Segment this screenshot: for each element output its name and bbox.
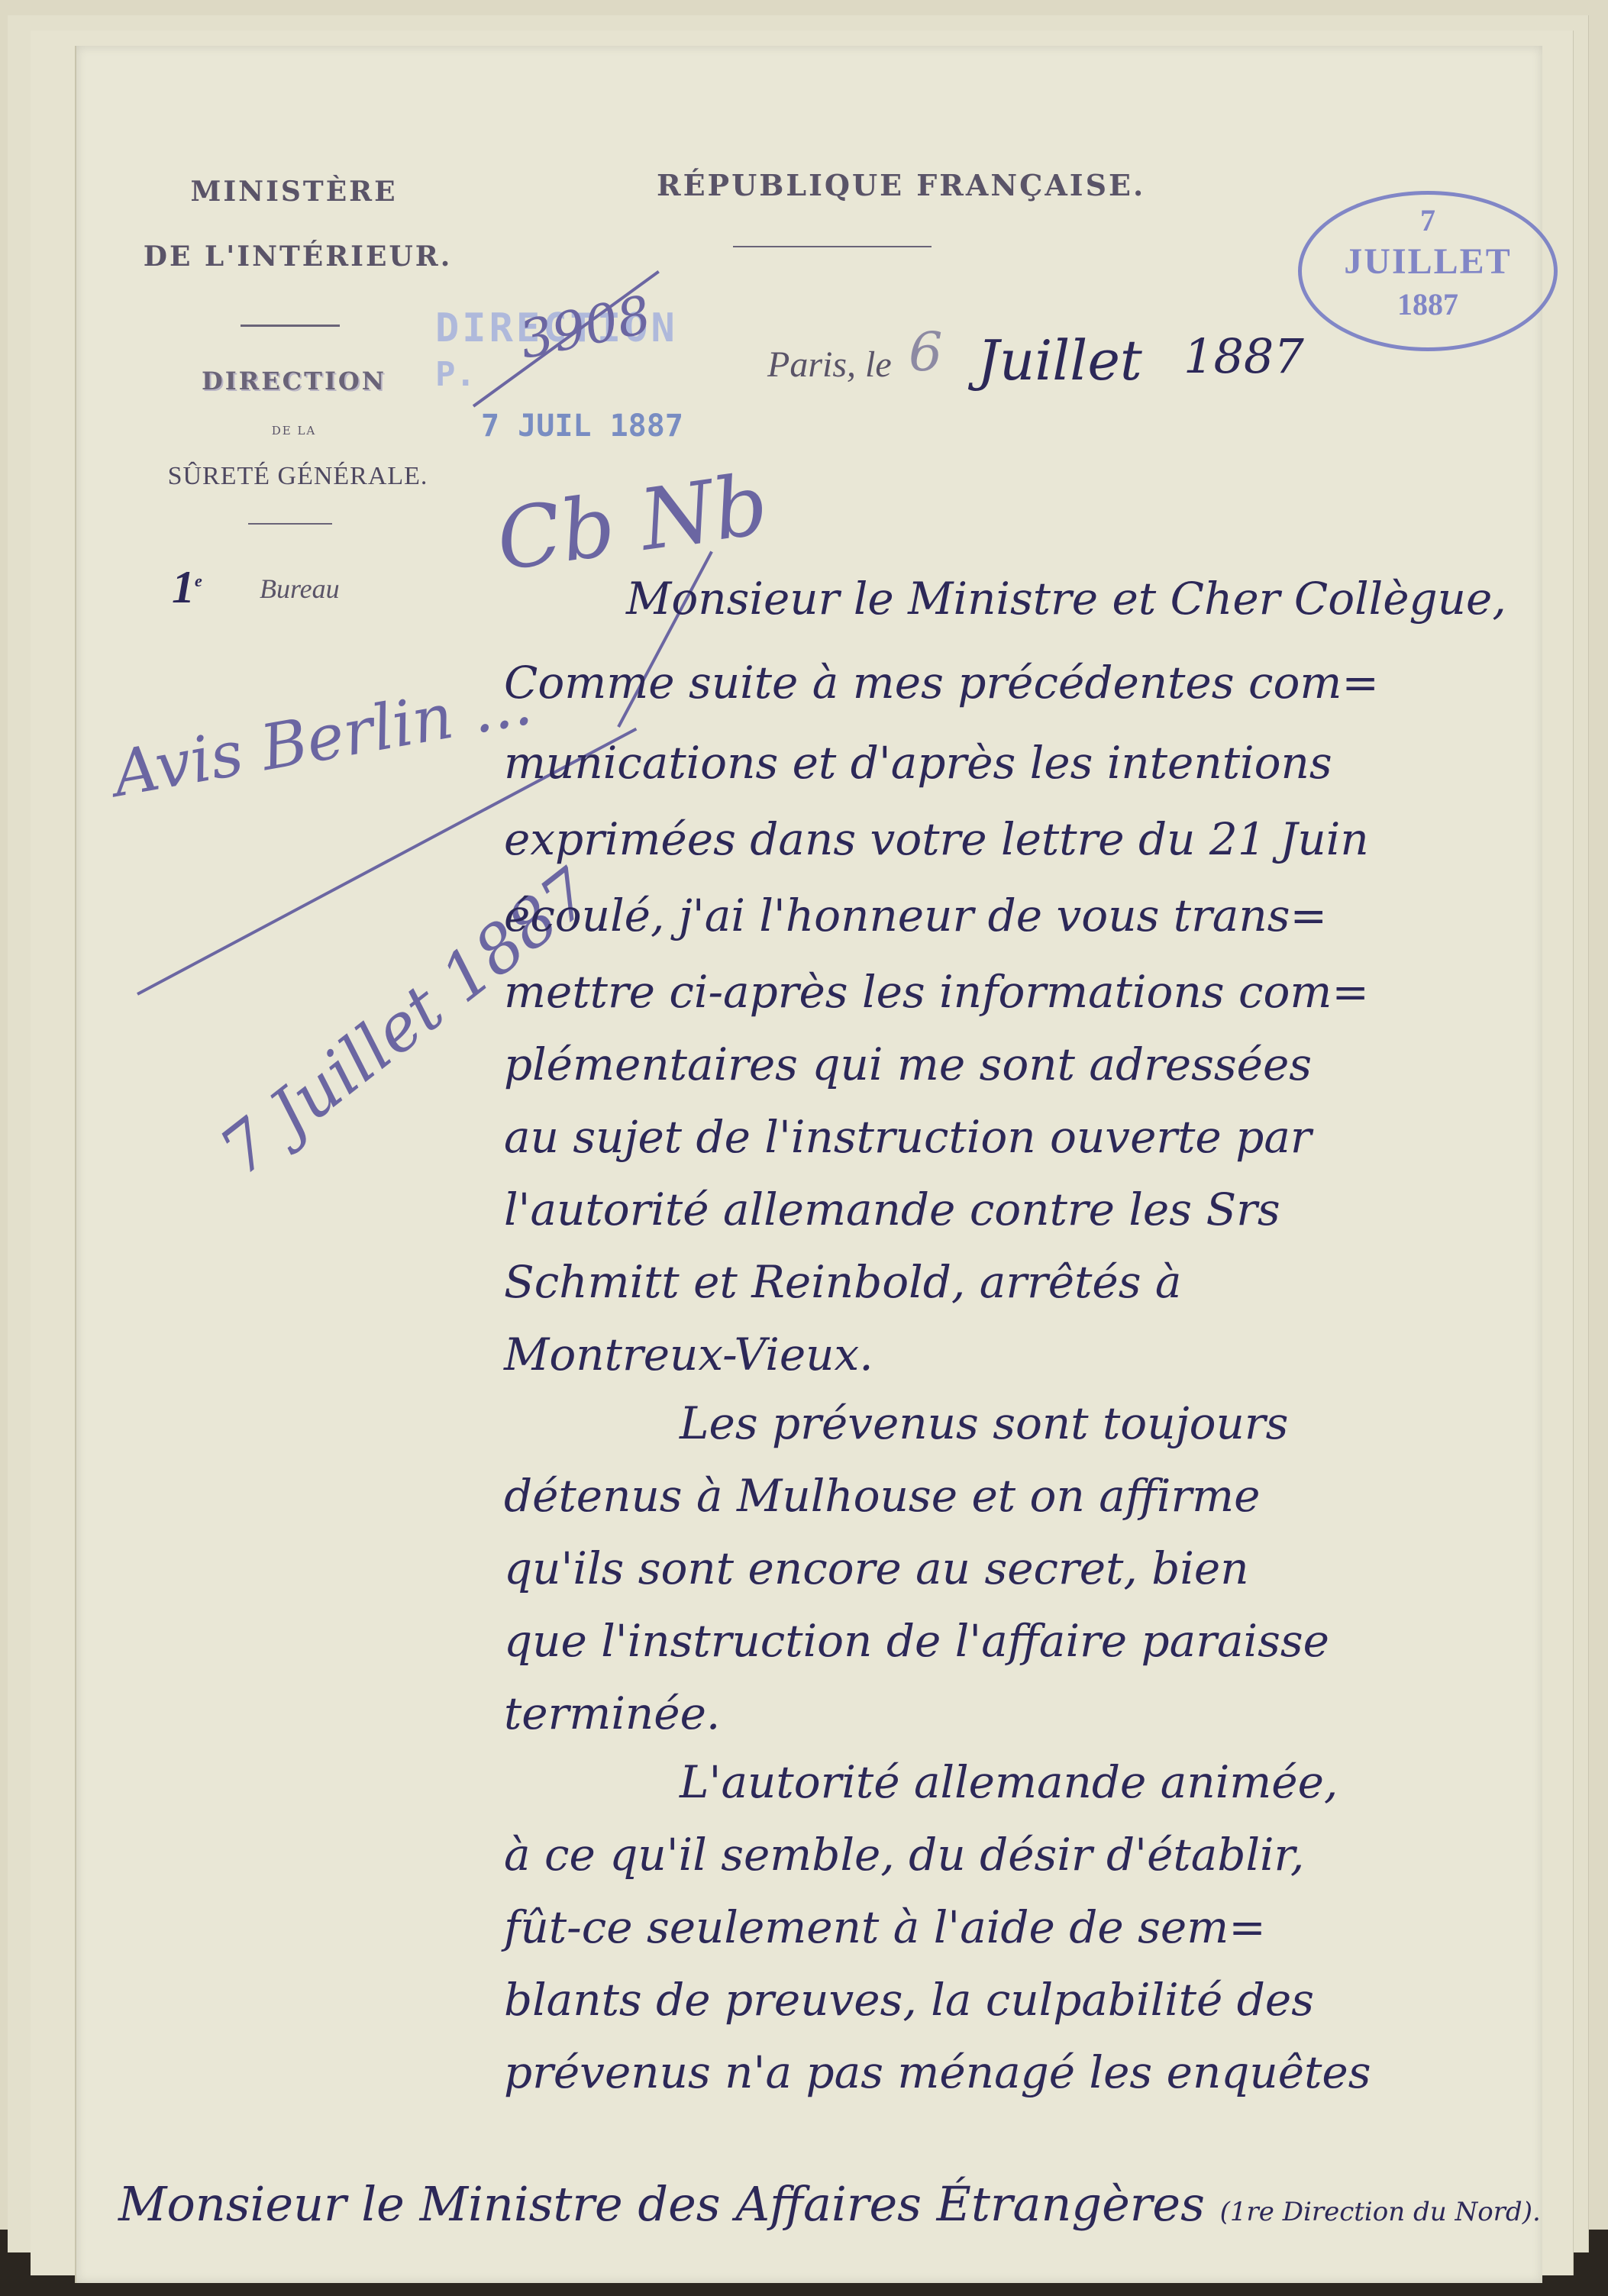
body-line: fût-ce seulement à l'aide de sem= — [504, 1901, 1266, 1953]
date-year: 1887 — [1183, 328, 1304, 384]
place-prefix: Paris, le — [767, 344, 892, 386]
paragraph-start: Les prévenus sont toujours — [680, 1397, 1288, 1449]
body-line: exprimées dans votre lettre du 21 Juin — [504, 813, 1369, 865]
oval-stamp-year: 1887 — [1302, 286, 1554, 322]
ornament-divider — [241, 325, 340, 327]
date-month: Juillet — [977, 328, 1142, 392]
body-line: blants de preuves, la culpabilité des — [504, 1974, 1314, 2026]
bureau-number: 1e — [172, 561, 202, 614]
direction-heading: DIRECTION — [168, 367, 420, 396]
ministry-title: MINISTÈRE — [179, 176, 408, 208]
received-stamp-date: 7 JUIL 1887 — [481, 409, 683, 444]
body-line: plémentaires qui me sont adressées — [504, 1038, 1312, 1090]
body-line: détenus à Mulhouse et on affirme — [504, 1470, 1261, 1522]
body-line: l'autorité allemande contre les Srs — [504, 1184, 1280, 1235]
body-line: à ce qu'il semble, du désir d'établir, — [504, 1829, 1304, 1881]
salutation: Monsieur le Ministre et Cher Collègue, — [626, 573, 1506, 625]
surete-generale: SÛRETÉ GÉNÉRALE. — [145, 462, 450, 491]
body-line: au sujet de l'instruction ouverte par — [504, 1111, 1312, 1163]
direction-de-la: DE LA — [218, 424, 370, 438]
body-line: munications et d'après les intentions — [504, 737, 1332, 789]
bureau-label: Bureau — [260, 573, 340, 605]
addressee: Monsieur le Ministre des Affaires Étrang… — [118, 2176, 1541, 2232]
bureau-superscript: e — [195, 571, 202, 590]
ministry-subtitle: DE L'INTÉRIEUR. — [115, 241, 481, 273]
body-line: terminée. — [504, 1687, 720, 1739]
ornament-divider — [733, 246, 932, 247]
oval-stamp-day: 7 — [1302, 202, 1554, 238]
body-line: qu'ils sont encore au secret, bien — [504, 1542, 1249, 1594]
received-stamp-line2: P. — [435, 355, 476, 394]
body-line: que l'instruction de l'affaire paraisse — [504, 1615, 1329, 1667]
body-line: prévenus n'a pas ménagé les enquêtes — [504, 2046, 1371, 2098]
paragraph-start: L'autorité allemande animée, — [680, 1756, 1338, 1808]
margin-note: Avis Berlin ... — [108, 667, 537, 812]
oval-stamp-month: JUILLET — [1302, 241, 1554, 283]
body-line: Schmitt et Reinbold, arrêtés à — [504, 1256, 1182, 1308]
bureau-number-value: 1 — [172, 562, 195, 612]
republic-heading: RÉPUBLIQUE FRANÇAISE. — [657, 168, 1145, 202]
body-line: Montreux-Vieux. — [504, 1329, 873, 1381]
date-day: 6 — [909, 321, 943, 383]
body-line: Comme suite à mes précédentes com= — [504, 657, 1379, 709]
oval-date-stamp: 7 JUILLET 1887 — [1298, 191, 1558, 351]
addressee-name: Monsieur le Ministre des Affaires Étrang… — [118, 2176, 1205, 2232]
initials-annotation: Cb Nb — [491, 455, 774, 589]
addressee-department: (1re Direction du Nord). — [1220, 2197, 1541, 2227]
body-line: mettre ci-après les informations com= — [504, 966, 1369, 1018]
ornament-divider — [248, 523, 332, 525]
letter-page: MINISTÈRE DE L'INTÉRIEUR. DIRECTION DE L… — [76, 46, 1542, 2283]
body-line: écoulé, j'ai l'honneur de vous trans= — [504, 890, 1327, 941]
